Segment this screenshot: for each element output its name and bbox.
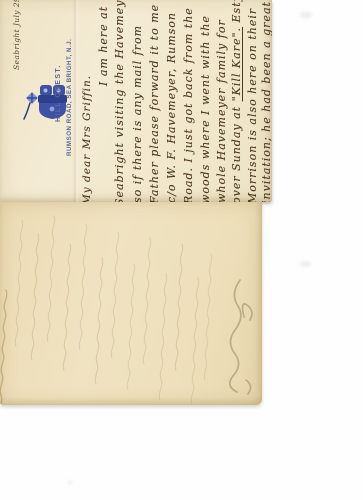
- letter-page-2-bleedthrough: [0, 202, 262, 405]
- line-fragment: over Sunday at: [230, 101, 243, 202]
- salutation-line: My dear Mrs Griffin.: [80, 75, 95, 202]
- handwritten-line: Morrison is also here on their: [245, 8, 260, 202]
- crest-pennant: [24, 92, 38, 119]
- letterhead-address: RUMSON ROAD, SEA BRIGHT, N.J.: [62, 39, 77, 156]
- scan-smudge: [68, 481, 72, 484]
- handwritten-line: I am here at: [96, 6, 111, 86]
- date-line: Seabright July 29/07.: [9, 0, 24, 70]
- underlined-kill-kare: "Kill Kare".: [230, 27, 243, 101]
- letter-page-1: Seabright July 29/07. HILL CREST. RUMSON…: [0, 0, 272, 202]
- handwritten-line: invitation; he had been a great: [259, 1, 272, 202]
- line-fragment: Esty: [230, 0, 243, 27]
- handwritten-line: whole Havemeyer family for: [214, 19, 229, 202]
- handwritten-line: c/o W. F. Havemeyer, Rumson: [164, 12, 179, 202]
- faint-handwriting-squiggles: [0, 202, 262, 405]
- handwritten-line: woods where I went with the: [198, 15, 213, 202]
- handwritten-line: so if there is any mail from: [130, 25, 145, 202]
- scan-smudge: [300, 261, 311, 267]
- signature-bleedthrough: [230, 280, 252, 394]
- handwritten-line: over Sunday at "Kill Kare". Esty: [229, 0, 244, 202]
- letter-scan: Seabright July 29/07. HILL CREST. RUMSON…: [0, 0, 363, 500]
- handwritten-line: Seabright visiting the Havemeyers,: [112, 0, 127, 202]
- handwritten-line: Father please forward it to me: [147, 4, 162, 202]
- handwritten-line: Road. I just got back from the: [181, 7, 196, 202]
- scan-smudge: [300, 12, 312, 18]
